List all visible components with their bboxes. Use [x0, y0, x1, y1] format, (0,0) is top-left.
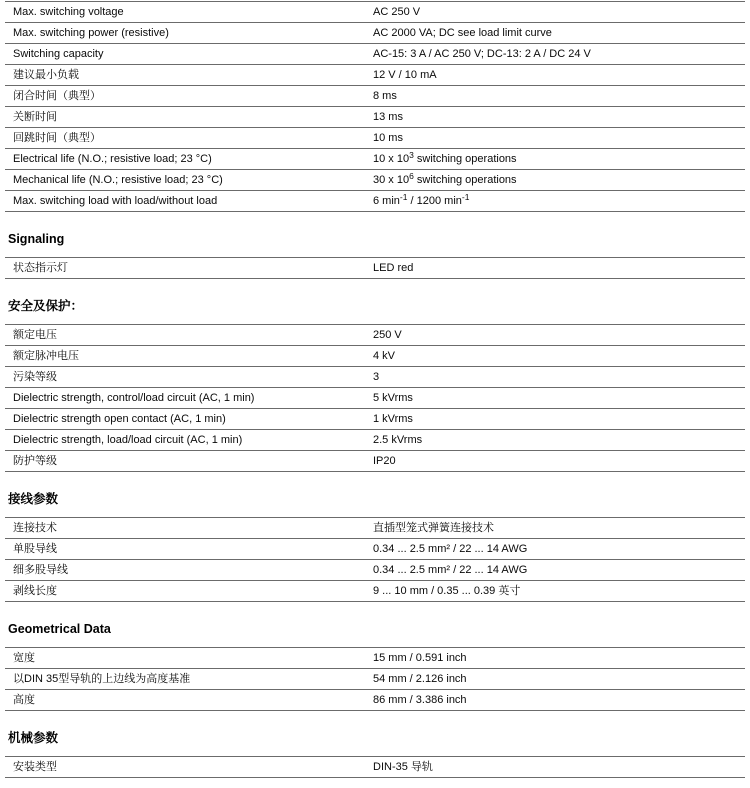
spec-row: 额定脉冲电压4 kV — [5, 345, 745, 366]
spec-value: 10 x 103 switching operations — [373, 152, 745, 166]
spec-row: Dielectric strength, control/load circui… — [5, 387, 745, 408]
spec-section: Geometrical Data宽度15 mm / 0.591 inch以DIN… — [5, 622, 745, 711]
spec-label: 细多股导线 — [5, 563, 373, 577]
spec-table: Max. switching voltageAC 250 VMax. switc… — [5, 1, 745, 212]
spec-row: 单股导线0.34 ... 2.5 mm² / 22 ... 14 AWG — [5, 538, 745, 559]
spec-label: 关断时间 — [5, 110, 373, 124]
spec-label: Dielectric strength open contact (AC, 1 … — [5, 412, 373, 426]
spec-label: 闭合时间（典型） — [5, 89, 373, 103]
spec-row: Max. switching voltageAC 250 V — [5, 1, 745, 22]
spec-row: 闭合时间（典型）8 ms — [5, 85, 745, 106]
spec-label: Dielectric strength, load/load circuit (… — [5, 433, 373, 447]
spec-label: 回跳时间（典型） — [5, 131, 373, 145]
spec-value: 9 ... 10 mm / 0.35 ... 0.39 英寸 — [373, 584, 745, 598]
spec-table: 连接技术直插型笼式弹簧连接技术单股导线0.34 ... 2.5 mm² / 22… — [5, 517, 745, 602]
spec-label: 以DIN 35型导轨的上边线为高度基准 — [5, 672, 373, 686]
spec-section: Signaling状态指示灯LED red — [5, 232, 745, 279]
spec-value: 13 ms — [373, 110, 745, 124]
spec-row: 建议最小负载12 V / 10 mA — [5, 64, 745, 85]
section-heading: 安全及保护： — [8, 299, 745, 314]
spec-label: 高度 — [5, 693, 373, 707]
spec-label: 剥线长度 — [5, 584, 373, 598]
spec-row: Max. switching load with load/without lo… — [5, 190, 745, 211]
value-text: switching operations — [414, 174, 517, 186]
spec-label: Electrical life (N.O.; resistive load; 2… — [5, 152, 373, 166]
spec-value: 8 ms — [373, 89, 745, 103]
spec-value: 0.34 ... 2.5 mm² / 22 ... 14 AWG — [373, 563, 745, 577]
spec-row: 额定电压250 V — [5, 324, 745, 345]
spec-value: 10 ms — [373, 131, 745, 145]
spec-label: 额定脉冲电压 — [5, 349, 373, 363]
spec-label: 连接技术 — [5, 521, 373, 535]
spec-label: Max. switching voltage — [5, 5, 373, 19]
value-text: switching operations — [414, 153, 517, 165]
spec-row: Dielectric strength open contact (AC, 1 … — [5, 408, 745, 429]
spec-row: Mechanical life (N.O.; resistive load; 2… — [5, 169, 745, 190]
spec-value: LED red — [373, 261, 745, 275]
spec-row: 关断时间13 ms — [5, 106, 745, 127]
spec-value: 15 mm / 0.591 inch — [373, 651, 745, 665]
spec-value: 30 x 106 switching operations — [373, 173, 745, 187]
value-text: 30 x 10 — [373, 174, 409, 186]
spec-row: 宽度15 mm / 0.591 inch — [5, 647, 745, 668]
spec-value: 直插型笼式弹簧连接技术 — [373, 521, 745, 535]
spec-row: 高度86 mm / 3.386 inch — [5, 689, 745, 710]
spec-label: 建议最小负载 — [5, 68, 373, 82]
spec-value: 250 V — [373, 328, 745, 342]
section-heading: Signaling — [8, 232, 745, 247]
spec-label: Max. switching load with load/without lo… — [5, 194, 373, 208]
spec-value: 12 V / 10 mA — [373, 68, 745, 82]
spec-row: 回跳时间（典型）10 ms — [5, 127, 745, 148]
spec-value: 0.34 ... 2.5 mm² / 22 ... 14 AWG — [373, 542, 745, 556]
value-text: / 1200 min — [407, 195, 461, 207]
spec-row: Dielectric strength, load/load circuit (… — [5, 429, 745, 450]
spec-value: 4 kV — [373, 349, 745, 363]
value-text: 6 min — [373, 195, 400, 207]
spec-value: 5 kVrms — [373, 391, 745, 405]
spec-table: 安装类型DIN-35 导轨 — [5, 756, 745, 778]
spec-label: Dielectric strength, control/load circui… — [5, 391, 373, 405]
section-heading: Geometrical Data — [8, 622, 745, 637]
spec-value: 1 kVrms — [373, 412, 745, 426]
spec-value: 2.5 kVrms — [373, 433, 745, 447]
spec-row: 以DIN 35型导轨的上边线为高度基准54 mm / 2.126 inch — [5, 668, 745, 689]
spec-section: 接线参数连接技术直插型笼式弹簧连接技术单股导线0.34 ... 2.5 mm² … — [5, 492, 745, 602]
spec-table: 额定电压250 V额定脉冲电压4 kV污染等级3Dielectric stren… — [5, 324, 745, 472]
spec-section: 安全及保护：额定电压250 V额定脉冲电压4 kV污染等级3Dielectric… — [5, 299, 745, 472]
spec-table: 宽度15 mm / 0.591 inch以DIN 35型导轨的上边线为高度基准5… — [5, 647, 745, 711]
spec-label: 单股导线 — [5, 542, 373, 556]
spec-value: AC 2000 VA; DC see load limit curve — [373, 26, 745, 40]
spec-label: Max. switching power (resistive) — [5, 26, 373, 40]
spec-row: Switching capacityAC-15: 3 A / AC 250 V;… — [5, 43, 745, 64]
spec-label: 安装类型 — [5, 760, 373, 774]
spec-row: 剥线长度9 ... 10 mm / 0.35 ... 0.39 英寸 — [5, 580, 745, 601]
spec-row: Max. switching power (resistive)AC 2000 … — [5, 22, 745, 43]
spec-value: 6 min-1 / 1200 min-1 — [373, 194, 745, 208]
spec-value: AC 250 V — [373, 5, 745, 19]
spec-label: 污染等级 — [5, 370, 373, 384]
section-heading: 机械参数 — [8, 731, 745, 746]
spec-row: Electrical life (N.O.; resistive load; 2… — [5, 148, 745, 169]
spec-row: 连接技术直插型笼式弹簧连接技术 — [5, 517, 745, 538]
superscript-text: -1 — [462, 194, 470, 202]
spec-value: DIN-35 导轨 — [373, 760, 745, 774]
spec-label: 防护等级 — [5, 454, 373, 468]
spec-value: IP20 — [373, 454, 745, 468]
spec-label: 额定电压 — [5, 328, 373, 342]
spec-section: Max. switching voltageAC 250 VMax. switc… — [5, 1, 745, 212]
spec-label: 宽度 — [5, 651, 373, 665]
section-heading: 接线参数 — [8, 492, 745, 507]
spec-value: 3 — [373, 370, 745, 384]
spec-value: 86 mm / 3.386 inch — [373, 693, 745, 707]
spec-value: AC-15: 3 A / AC 250 V; DC-13: 2 A / DC 2… — [373, 47, 745, 61]
spec-label: 状态指示灯 — [5, 261, 373, 275]
spec-row: 防护等级IP20 — [5, 450, 745, 471]
spec-label: Switching capacity — [5, 47, 373, 61]
spec-row: 状态指示灯LED red — [5, 257, 745, 278]
spec-row: 污染等级3 — [5, 366, 745, 387]
spec-value: 54 mm / 2.126 inch — [373, 672, 745, 686]
value-text: 10 x 10 — [373, 153, 409, 165]
spec-section: 机械参数安装类型DIN-35 导轨 — [5, 731, 745, 778]
spec-table: 状态指示灯LED red — [5, 257, 745, 279]
datasheet-page: Max. switching voltageAC 250 VMax. switc… — [0, 0, 750, 778]
spec-row: 安装类型DIN-35 导轨 — [5, 756, 745, 777]
spec-label: Mechanical life (N.O.; resistive load; 2… — [5, 173, 373, 187]
spec-row: 细多股导线0.34 ... 2.5 mm² / 22 ... 14 AWG — [5, 559, 745, 580]
